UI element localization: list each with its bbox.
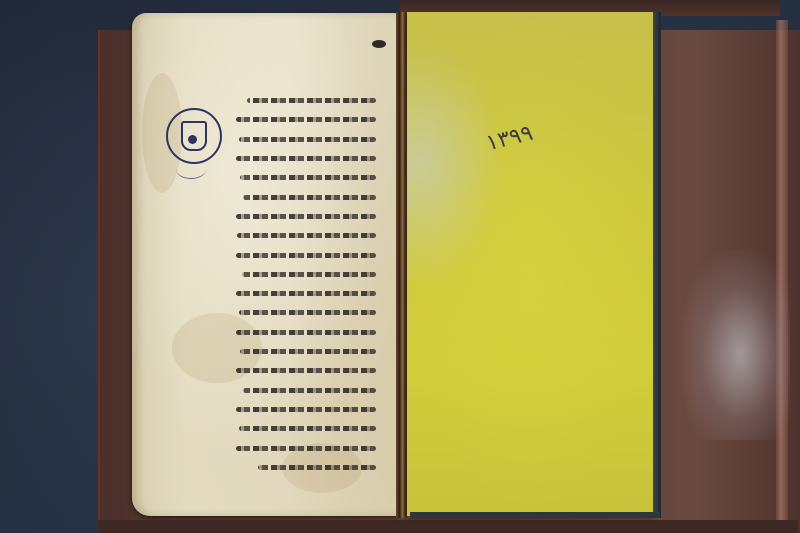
text-line xyxy=(240,349,376,354)
stamp-annotation xyxy=(176,160,206,179)
stamp-emblem-icon xyxy=(181,121,207,151)
ink-blot xyxy=(372,40,386,48)
text-line xyxy=(236,253,376,258)
text-line xyxy=(236,368,376,373)
text-line xyxy=(236,407,376,412)
right-page-yellow xyxy=(407,12,653,516)
text-line xyxy=(239,137,376,142)
text-line xyxy=(242,272,376,277)
board-bottom xyxy=(98,520,798,533)
cover-edge xyxy=(653,12,661,518)
text-line xyxy=(236,291,376,296)
text-line xyxy=(239,426,376,431)
text-line xyxy=(236,446,376,451)
seal-stamp-icon xyxy=(166,108,222,164)
text-line xyxy=(236,330,376,335)
manuscript-photo: ١٣٩٩ xyxy=(0,0,800,533)
text-line xyxy=(239,310,376,315)
text-line xyxy=(243,195,376,200)
text-line xyxy=(236,214,376,219)
text-line xyxy=(258,465,376,470)
text-line xyxy=(236,117,376,122)
manuscript-text-block xyxy=(236,98,376,470)
text-line xyxy=(236,156,376,161)
board-light-reflection xyxy=(680,250,790,440)
text-line xyxy=(247,98,376,103)
text-line xyxy=(237,233,376,238)
text-line xyxy=(243,388,376,393)
cover-bottom-edge xyxy=(410,512,660,518)
text-line xyxy=(240,175,376,180)
